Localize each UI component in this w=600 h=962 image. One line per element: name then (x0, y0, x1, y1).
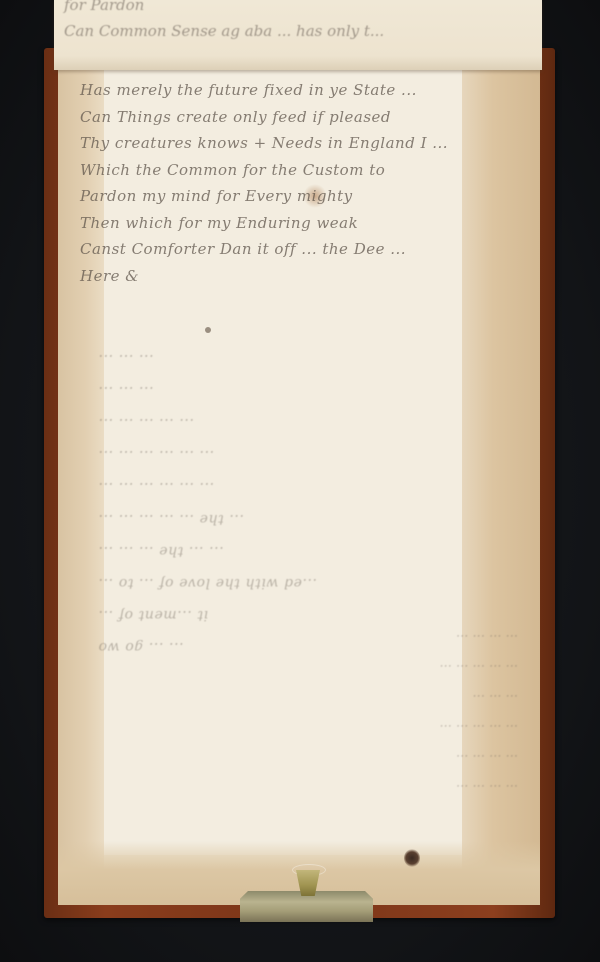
manuscript-line: Which the Common for the Custom to (80, 157, 540, 184)
faint-lower-text: ... ... ... ... ... ... ... ... ... ... … (118, 623, 518, 803)
folded-leaf-text: for Pardon Can Common Sense ag aba ... h… (64, 0, 384, 44)
manuscript-line: Has merely the future fixed in ye State … (80, 77, 540, 104)
show-through-line: ... the ... ... ... ... ... (98, 503, 538, 535)
faint-line: ... ... ... ... ... (118, 653, 518, 683)
show-through-text: ... ... go wo it ...ment of ... ...ed wi… (98, 343, 538, 663)
manuscript-text: Has merely the future fixed in ye State … (80, 77, 540, 289)
faint-line: ... ... ... ... (118, 743, 518, 773)
faint-line: ... ... ... ... ... (118, 713, 518, 743)
manuscript-line: Pardon my mind for Every mighty (80, 183, 540, 210)
show-through-line: ... ... the ... ... ... (98, 535, 538, 567)
folded-leaf-line: for Pardon (64, 0, 384, 18)
show-through-line: ... ... ... ... ... ... (98, 439, 538, 471)
faint-line: ... ... ... ... (118, 773, 518, 803)
pencil-dot (205, 327, 211, 333)
manuscript-line: Then which for my Enduring weak (80, 210, 540, 237)
show-through-line: ... ... ... ... ... (98, 407, 538, 439)
faint-line: ... ... ... (118, 683, 518, 713)
show-through-line: ... ... ... (98, 343, 538, 375)
manuscript-line: Thy creatures knows + Needs in England I… (80, 130, 540, 157)
show-through-line: ... ... ... (98, 375, 538, 407)
folded-leaf-line: Can Common Sense ag aba ... has only t..… (64, 18, 384, 44)
ink-blot (404, 849, 420, 867)
manuscript-line: Can Things create only feed if pleased (80, 104, 540, 131)
manuscript-line: Canst Comforter Dan it off ... the Dee .… (80, 236, 540, 263)
manuscript-line: Here & (80, 263, 540, 290)
folded-leaf: for Pardon Can Common Sense ag aba ... h… (54, 0, 542, 70)
show-through-line: ... ... ... ... ... ... (98, 471, 538, 503)
notebook-page: Has merely the future fixed in ye State … (58, 63, 540, 905)
show-through-line: ...ed with the love of ... to ... (98, 567, 538, 599)
faint-line: ... ... ... ... (118, 623, 518, 653)
